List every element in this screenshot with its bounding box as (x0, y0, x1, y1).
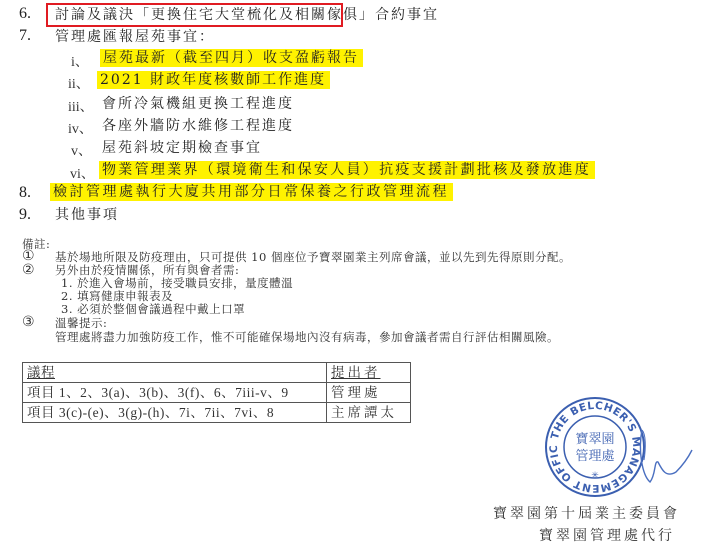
agenda-subitem-7i: 屋苑最新（截至四月）收支盈虧報告 (100, 49, 363, 67)
note-marker: ② (22, 262, 35, 278)
table-cell: 主席譚太 (327, 403, 411, 423)
agenda-subitem-7iii: 會所冷氣機組更換工程進度 (102, 95, 294, 113)
agenda-item-9: 其他事項 (55, 206, 119, 224)
note-marker: ③ (22, 314, 35, 330)
table-cell: 項目 3(c)-(e)、3(g)-(h)、7i、7ii、7vi、8 (23, 403, 327, 423)
subitem-number: i、 (71, 51, 89, 71)
table-cell: 項目 1、2、3(a)、3(b)、3(f)、6、7iii-v、9 (23, 383, 327, 403)
note-3: 管理處將盡力加強防疫工作，惟不可能確保場地內沒有病毒，參加會議者需自行評估相關風… (55, 331, 559, 344)
committee-signoff: 寶翠園第十屆業主委員會 (493, 503, 680, 523)
table-header: 議程 (23, 363, 327, 383)
stamp-seal-icon: THE BELCHER'S MANAGEMENT OFFICE 寶翠園 管理處 … (544, 396, 646, 498)
agenda-subitem-7vi: 物業管理業界（環境衛生和保安人員）抗疫支援計劃批核及發放進度 (99, 161, 595, 179)
table-header: 提出者 (327, 363, 411, 383)
svg-text:管理處: 管理處 (575, 448, 614, 464)
subitem-number: iv、 (68, 118, 93, 138)
agenda-subitem-7ii: 2021 財政年度核數師工作進度 (97, 71, 330, 89)
note-2-sub-3: 3. 必須於整個會議過程中戴上口罩 (61, 303, 245, 316)
agenda-item-8: 檢討管理處執行大廈共用部分日常保養之行政管理流程 (50, 183, 453, 201)
item-number: 6. (19, 5, 31, 23)
signature-icon (636, 420, 696, 490)
subitem-number: vi、 (70, 163, 95, 183)
svg-text:✳: ✳ (591, 471, 599, 481)
agenda-item-6: 討論及議決「更換住宅大堂梳化及相關傢俱」合約事宜 (55, 6, 439, 24)
item-number: 7. (19, 27, 31, 45)
note-3-title: 溫馨提示: (55, 317, 107, 330)
table-header-row: 議程 提出者 (23, 363, 411, 383)
table-row: 項目 3(c)-(e)、3(g)-(h)、7i、7ii、7vi、8 主席譚太 (23, 403, 411, 423)
agenda-subitem-7iv: 各座外牆防水維修工程進度 (102, 117, 294, 135)
management-office-stamp: THE BELCHER'S MANAGEMENT OFFICE 寶翠園 管理處 … (544, 396, 646, 498)
svg-text:寶翠園: 寶翠園 (575, 432, 614, 447)
agenda-item-7: 管理處匯報屋苑事宜： (55, 28, 215, 46)
table-cell: 管理處 (327, 383, 411, 403)
subitem-number: iii、 (68, 96, 94, 116)
item-number: 9. (19, 206, 31, 224)
presenter-table: 議程 提出者 項目 1、2、3(a)、3(b)、3(f)、6、7iii-v、9 … (22, 362, 411, 423)
table-row: 項目 1、2、3(a)、3(b)、3(f)、6、7iii-v、9 管理處 (23, 383, 411, 403)
subitem-number: ii、 (68, 73, 90, 93)
office-signoff: 寶翠園管理處代行 (539, 525, 675, 545)
item-number: 8. (19, 184, 31, 202)
agenda-subitem-7v: 屋苑斜坡定期檢查事宜 (102, 139, 262, 157)
subitem-number: v、 (71, 140, 92, 160)
